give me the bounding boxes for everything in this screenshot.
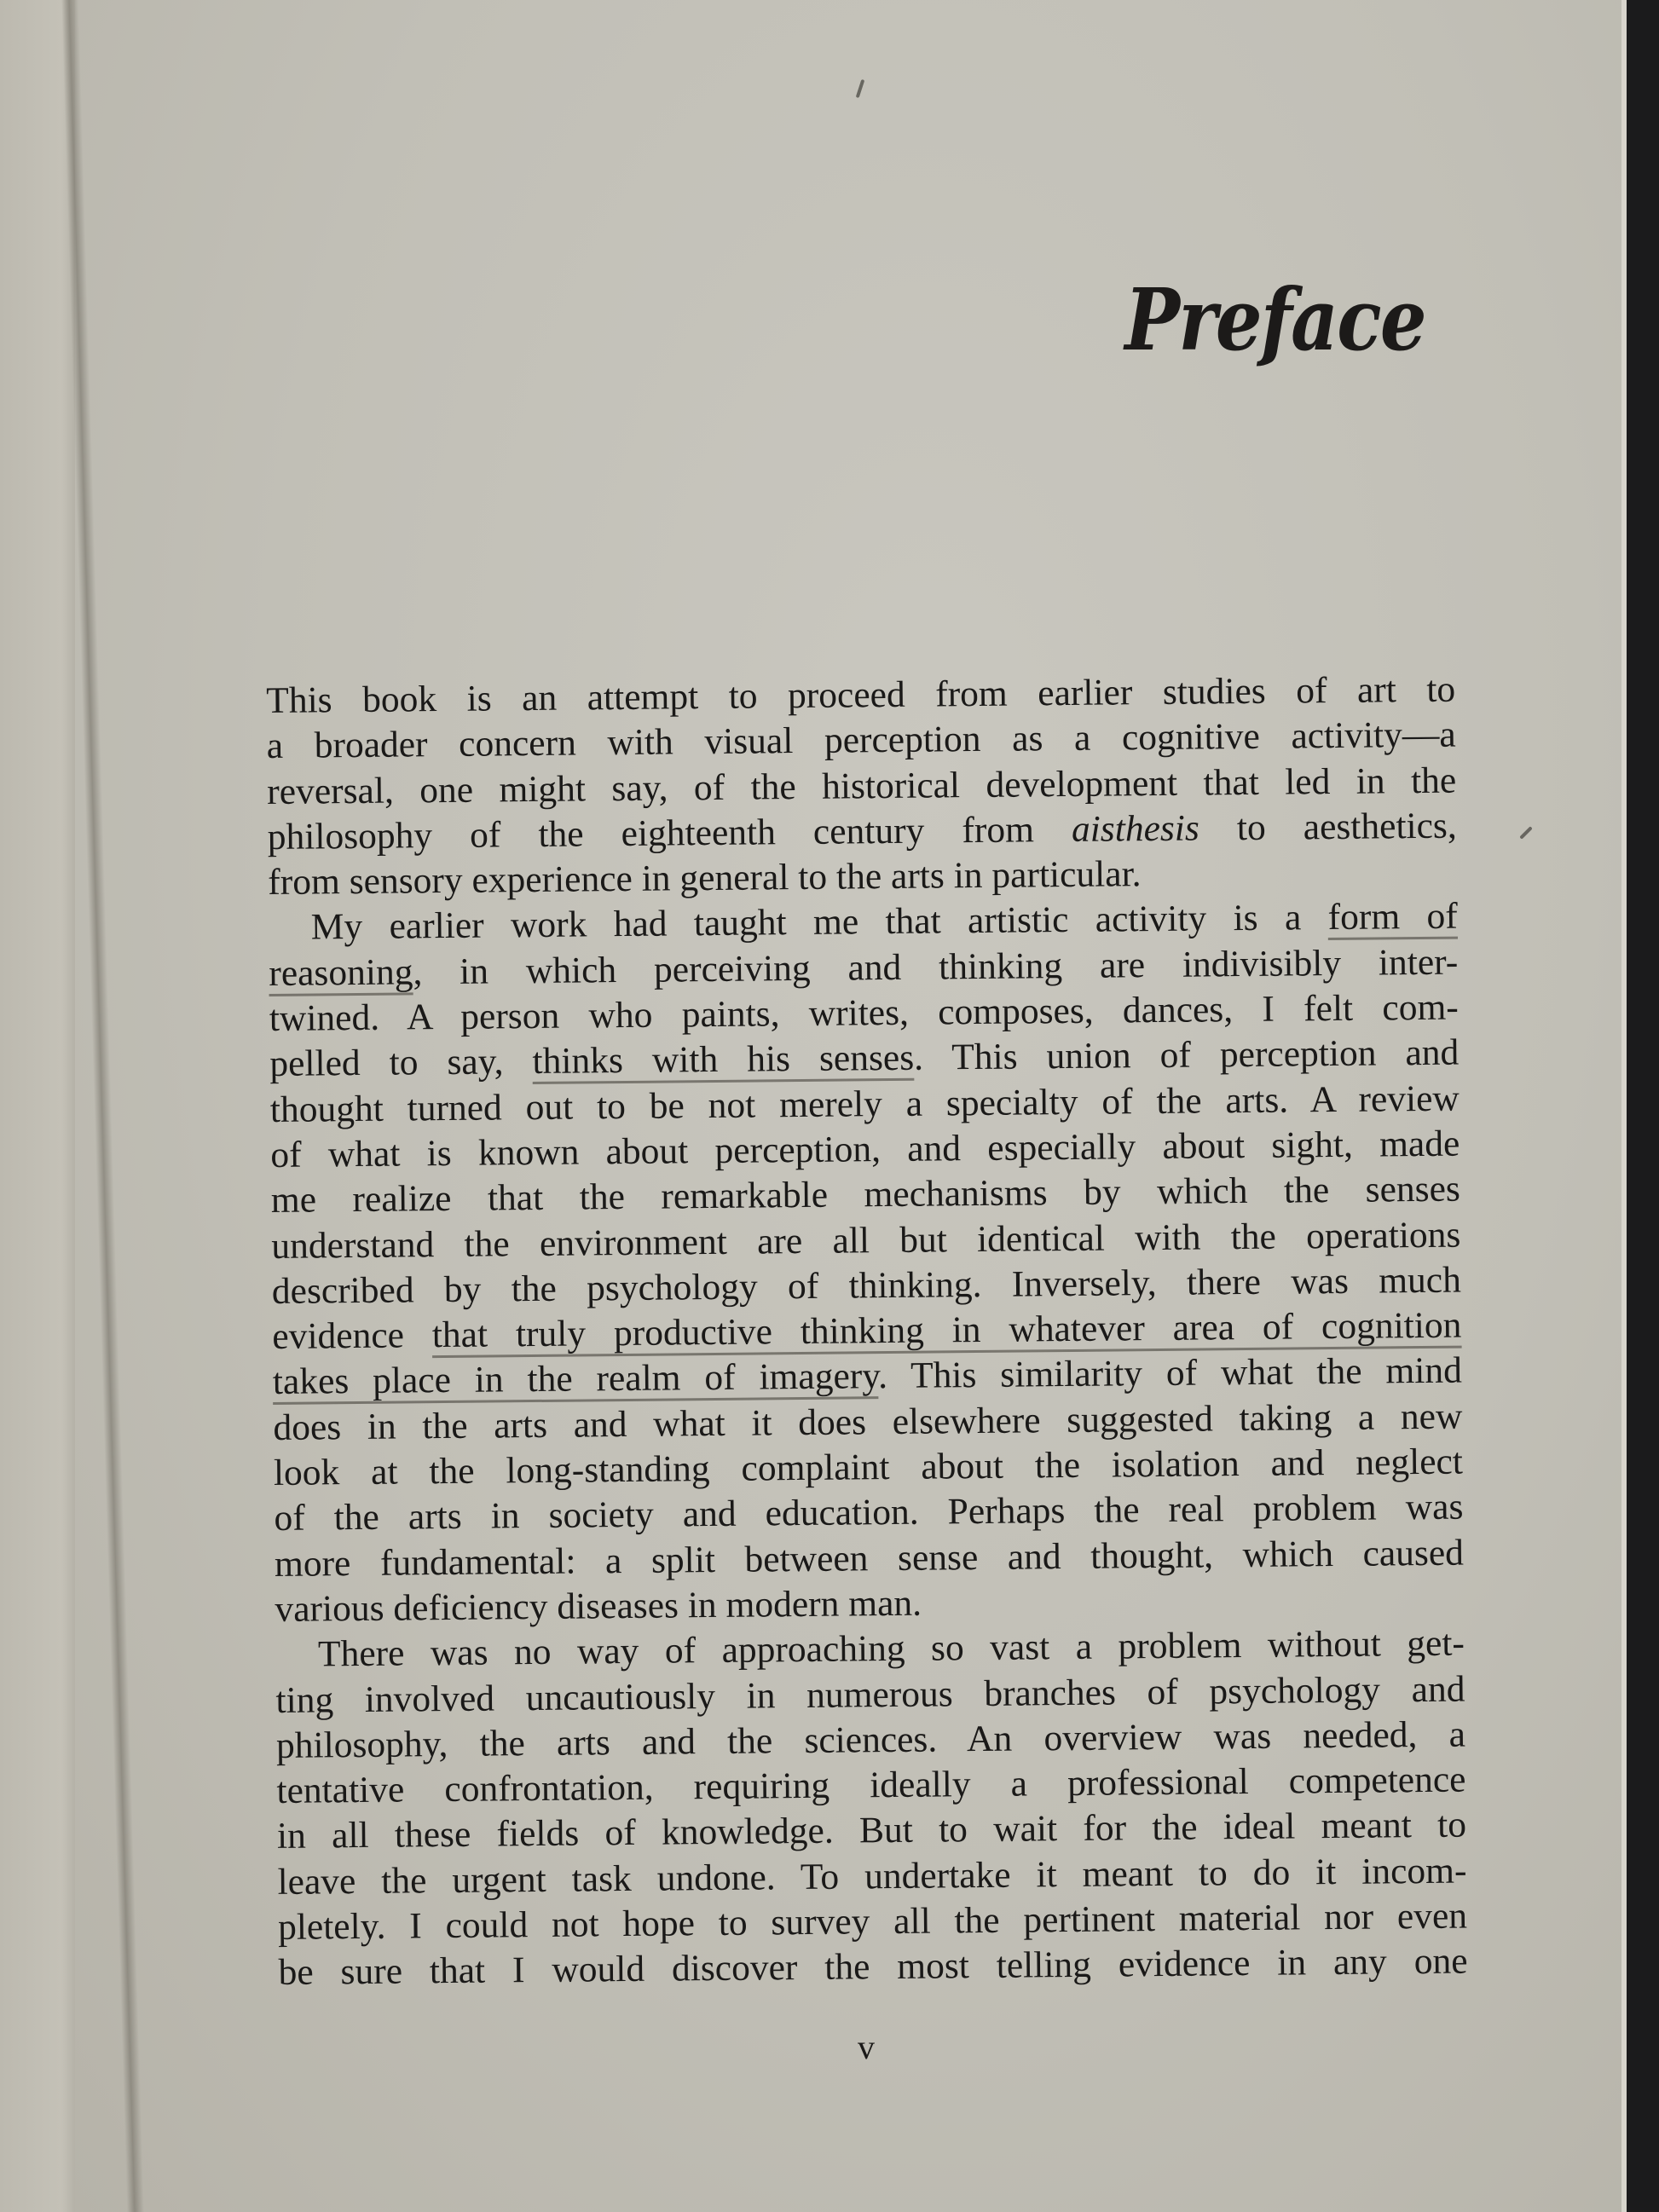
page-title: Preface [1125, 269, 1425, 370]
preface-body: This book is an attempt to proceed from … [266, 667, 1468, 1996]
pencil-underline: form of [1327, 896, 1458, 938]
italic-term-aisthesis: aisthesis [1072, 807, 1199, 849]
dark-background [1627, 0, 1659, 2212]
pencil-underline: reasoning [269, 951, 413, 994]
pencil-underline: takes place in the realm of imagery [273, 1356, 879, 1403]
left-page-edge [0, 0, 77, 2212]
page-number: v [858, 2027, 875, 2067]
pencil-underline: thinks with his senses [532, 1037, 914, 1082]
pencil-underline: that truly productive thinking in whatev… [432, 1305, 1462, 1356]
